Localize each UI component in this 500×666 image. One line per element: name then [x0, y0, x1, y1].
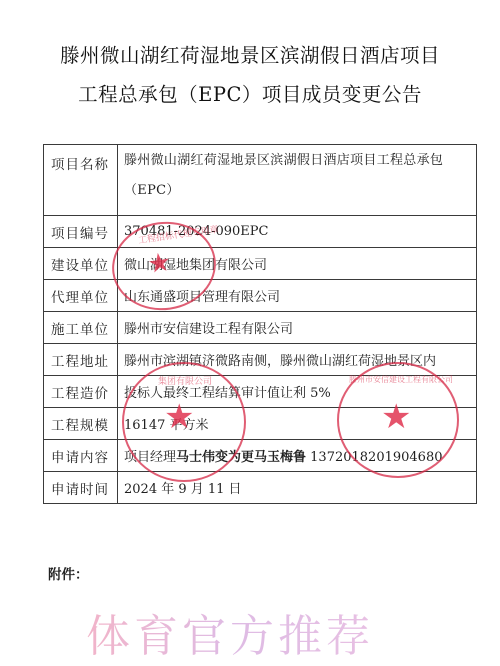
attachment-label: 附件：: [48, 563, 89, 583]
row-label: 申请时间: [44, 472, 118, 504]
row-value: 滕州微山湖红荷湿地景区滨湖假日酒店项目工程总承包（EPC）: [118, 145, 477, 216]
row-value: 投标人最终工程结算审计值让利 5%: [118, 376, 477, 408]
row-value: 微山湖湿地集团有限公司: [118, 248, 477, 280]
row-label: 代理单位: [44, 280, 118, 312]
table-row-request-date: 申请时间 2024 年 9 月 11 日: [44, 472, 477, 504]
row-value: 16147 平方米: [118, 408, 477, 440]
row-value: 滕州市滨湖镇济微路南侧，滕州微山湖红荷湿地景区内: [118, 344, 477, 376]
table-row-scale: 工程规模 16147 平方米: [44, 408, 477, 440]
table-row-address: 工程地址 滕州市滨湖镇济微路南侧，滕州微山湖红荷湿地景区内: [44, 344, 477, 376]
row-value: 滕州市安信建设工程有限公司: [118, 312, 477, 344]
request-change: 马士伟变为更马玉梅鲁: [176, 450, 306, 465]
row-label: 工程规模: [44, 408, 118, 440]
row-label: 工程造价: [44, 376, 118, 408]
document-title-line-2: 工程总承包（EPC）项目成员变更公告: [0, 79, 500, 107]
table-row-request: 申请内容 项目经理马士伟变为更马玉梅鲁 1372018201904680: [44, 440, 477, 472]
table-row-cost: 工程造价 投标人最终工程结算审计值让利 5%: [44, 376, 477, 408]
project-info-table: 项目名称 滕州微山湖红荷湿地景区滨湖假日酒店项目工程总承包（EPC） 项目编号 …: [43, 144, 477, 504]
table-row-owner: 建设单位 微山湖湿地集团有限公司: [44, 248, 477, 280]
row-value: 2024 年 9 月 11 日: [118, 472, 477, 504]
row-label: 项目编号: [44, 216, 118, 248]
row-label: 申请内容: [44, 440, 118, 472]
table-row-project-number: 项目编号 370481-2024-090EPC: [44, 216, 477, 248]
row-value: 山东通盛项目管理有限公司: [118, 280, 477, 312]
row-label: 建设单位: [44, 248, 118, 280]
row-label: 工程地址: [44, 344, 118, 376]
table-row-contractor: 施工单位 滕州市安信建设工程有限公司: [44, 312, 477, 344]
request-prefix: 项目经理: [124, 450, 176, 465]
table-row-agency: 代理单位 山东通盛项目管理有限公司: [44, 280, 477, 312]
request-id: 1372018201904680: [306, 450, 442, 465]
table-row-project-name: 项目名称 滕州微山湖红荷湿地景区滨湖假日酒店项目工程总承包（EPC）: [44, 145, 477, 216]
document-title-line-1: 滕州微山湖红荷湿地景区滨湖假日酒店项目: [0, 40, 500, 68]
row-label: 施工单位: [44, 312, 118, 344]
row-value: 项目经理马士伟变为更马玉梅鲁 1372018201904680: [118, 440, 477, 472]
row-value: 370481-2024-090EPC: [118, 216, 477, 248]
watermark-text: 体育官方推荐: [86, 600, 374, 664]
row-label: 项目名称: [44, 145, 118, 216]
